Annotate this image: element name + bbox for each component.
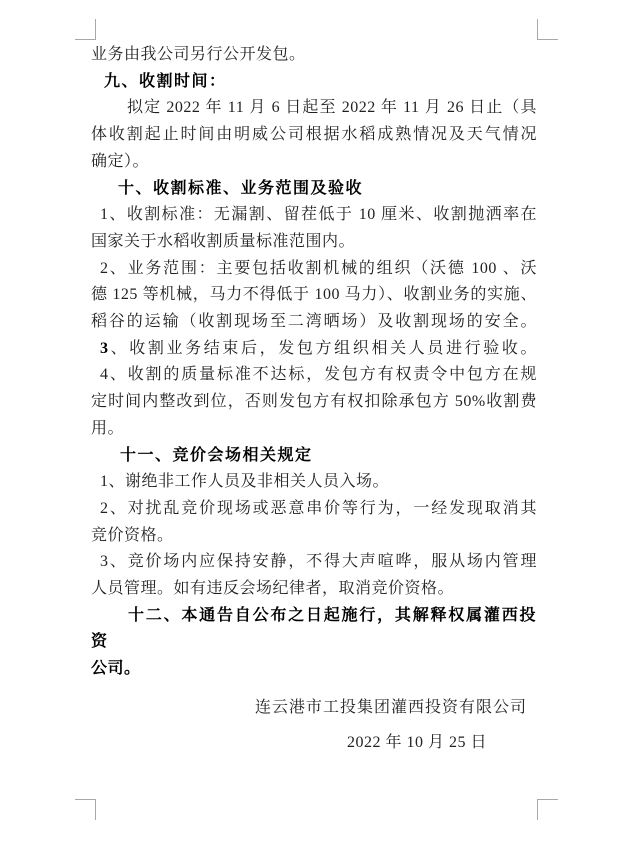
doc-line: 确定）。 <box>91 149 537 176</box>
doc-line: 用。 <box>91 416 537 443</box>
doc-line: 1、谢绝非工作人员及非相关人员入场。 <box>91 469 537 496</box>
doc-line: 人员管理。如有违反会场纪律者，取消竞价资格。 <box>91 576 537 603</box>
section-heading-12: 十二、本通告自公布之日起施行，其解释权属灌西投资 <box>91 603 537 656</box>
doc-line: 公司。 <box>91 656 537 683</box>
crop-mark-bottom-left <box>75 799 96 820</box>
document-body: 业务由我公司另行公开发包。 九、收割时间： 拟定 2022 年 11 月 6 日… <box>91 42 537 756</box>
signature-date: 2022 年 10 月 25 日 <box>347 730 537 757</box>
doc-line: 定时间内整改到位，否则发包方有权扣除承包方 50%收割费 <box>91 389 537 416</box>
document-page: 业务由我公司另行公开发包。 九、收割时间： 拟定 2022 年 11 月 6 日… <box>0 0 633 860</box>
crop-mark-bottom-right <box>537 799 558 820</box>
doc-line: 1、收割标准：无漏割、留茬低于 10 厘米、收割抛洒率在 <box>91 202 537 229</box>
crop-mark-top-right <box>537 19 558 40</box>
doc-line: 3、收割业务结束后，发包方组织相关人员进行验收。 <box>91 336 537 363</box>
section-heading-9: 九、收割时间： <box>91 69 537 96</box>
crop-mark-top-left <box>75 19 96 40</box>
item-number-bold: 3 <box>100 340 109 357</box>
doc-line: 竞价资格。 <box>91 523 537 550</box>
doc-line-text: 、收割业务结束后，发包方组织相关人员进行验收。 <box>109 340 538 357</box>
doc-line: 稻谷的运输（收割现场至二湾晒场）及收割现场的安全。 <box>91 309 537 336</box>
signature-company: 连云港市工投集团灌西投资有限公司 <box>255 695 537 722</box>
doc-line: 2、业务范围：主要包括收割机械的组织（沃德 100 、沃 <box>91 256 537 283</box>
doc-line: 德 125 等机械，马力不得低于 100 马力）、收割业务的实施、 <box>91 282 537 309</box>
doc-line: 4、收割的质量标准不达标，发包方有权责令中包方在规 <box>91 362 537 389</box>
doc-line: 3、竞价场内应保持安静，不得大声喧哗，服从场内管理 <box>91 549 537 576</box>
doc-line: 业务由我公司另行公开发包。 <box>91 42 537 69</box>
section-heading-10: 十、收割标准、业务范围及验收 <box>91 176 537 203</box>
doc-line: 国家关于水稻收割质量标准范围内。 <box>91 229 537 256</box>
doc-line: 拟定 2022 年 11 月 6 日起至 2022 年 11 月 26 日止（具 <box>91 95 537 122</box>
section-heading-11: 十一、竞价会场相关规定 <box>91 443 537 470</box>
doc-line: 体收割起止时间由明威公司根据水稻成熟情况及天气情况 <box>91 122 537 149</box>
doc-line: 2、对扰乱竞价现场或恶意串价等行为，一经发现取消其 <box>91 496 537 523</box>
